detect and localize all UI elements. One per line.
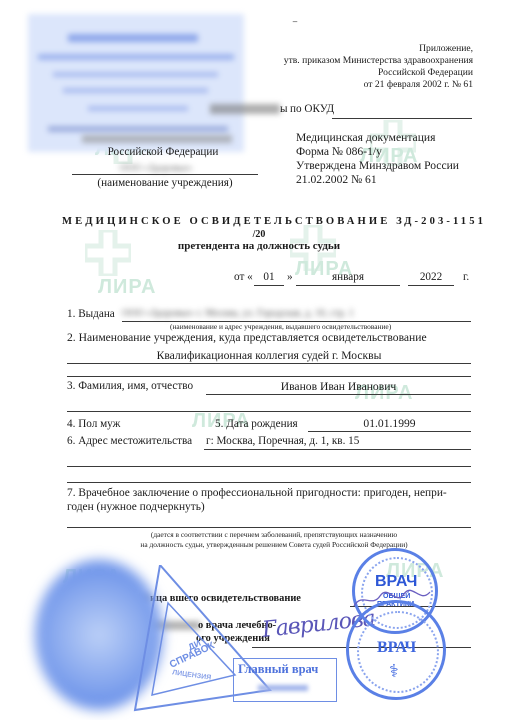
- address-label: 6. Адрес местожительства: [67, 435, 192, 448]
- examiner-signature: [352, 588, 432, 612]
- date-day-close: »: [287, 271, 293, 284]
- date-day: 01: [254, 271, 284, 284]
- address-underline: [204, 449, 471, 450]
- fio-underline: [206, 394, 471, 395]
- watermark-text: ЛИРА: [98, 276, 156, 299]
- institution-stamp-blurred: [28, 14, 244, 152]
- address-underline-2: [67, 466, 471, 467]
- date-month: января: [296, 271, 400, 284]
- okud-label: по ОКУД: [290, 103, 334, 116]
- round-stamp-bottom-title: ВРАЧ: [377, 639, 416, 657]
- form-info-line: Медицинская документация: [296, 131, 435, 144]
- date-prefix: от «: [234, 271, 253, 284]
- conclusion-line-1: 7. Врачебное заключение о профессиональн…: [67, 487, 447, 500]
- form-info-line: 21.02.2002 № 61: [296, 173, 377, 186]
- institution-to-underline-2: [67, 376, 471, 377]
- date-month-underline: [296, 285, 400, 286]
- ministry-line: Российской Федерации: [88, 146, 238, 159]
- institution-to-underline-1: [67, 363, 471, 364]
- fio-value: Иванов Иван Иванович: [206, 380, 471, 393]
- institution-caption: (наименование учреждения): [72, 177, 258, 190]
- chief-doctor-stamp-name-blurred: [258, 685, 308, 691]
- document-title: МЕДИЦИНСКОЕ ОСВИДЕТЕЛЬСТВОВАНИЕ ЗД-203-1…: [0, 215, 518, 228]
- conclusion-line-2: годен (нужное подчеркнуть): [67, 501, 205, 514]
- birth-value: 01.01.1999: [308, 417, 471, 430]
- date-year-underline: [408, 285, 454, 286]
- chief-doctor-stamp: Главный врач: [233, 658, 337, 702]
- appendix-line: от 21 февраля 2002 г. № 61: [364, 78, 473, 91]
- okud-code-blurred: [210, 104, 280, 114]
- form-info-line: Форма № 086-1/у: [296, 145, 382, 158]
- form-info-line: Утверждена Минздравом России: [296, 159, 459, 172]
- address-underline-3: [67, 482, 471, 483]
- caduceus-icon: ⚕: [389, 661, 399, 682]
- date-day-underline: [254, 285, 284, 286]
- conclusion-caption-1: (дается в соответствии с перечнем заболе…: [0, 530, 518, 540]
- date-year: 2022: [408, 271, 454, 284]
- issued-label: 1. Выдана: [67, 308, 115, 321]
- address-value: г: Москва, Поречная, д. 1, кв. 15: [206, 435, 359, 448]
- date-suffix: г.: [463, 271, 469, 284]
- institution-to-label: 2. Наименование учреждения, куда предста…: [67, 331, 427, 344]
- institution-to-value: Квалификационная коллегия судей г. Москв…: [67, 349, 471, 362]
- okud-prefix: ы: [280, 103, 288, 116]
- fio-label: 3. Фамилия, имя, отчество: [67, 380, 193, 393]
- birth-underline: [308, 431, 471, 432]
- document-subtitle: претендента на должность судьи: [0, 240, 518, 253]
- conclusion-caption-2: на должность судьи, утвержденным решение…: [0, 540, 518, 550]
- conclusion-underline: [67, 527, 471, 528]
- chief-doctor-stamp-title: Главный врач: [238, 662, 318, 677]
- birth-label: 5. Дата рождения: [215, 418, 298, 431]
- institution-underline: [72, 174, 258, 175]
- okud-underline: [332, 118, 472, 119]
- sex-label: 4. Пол муж: [67, 418, 120, 431]
- ministry-line-blurred: [82, 135, 232, 143]
- issued-value: ООО «Здоровье» г. Москва, ул. Городская,…: [122, 307, 467, 320]
- fio-underline-2: [67, 411, 471, 412]
- round-stamp-bottom: ВРАЧ ⚕: [346, 600, 446, 700]
